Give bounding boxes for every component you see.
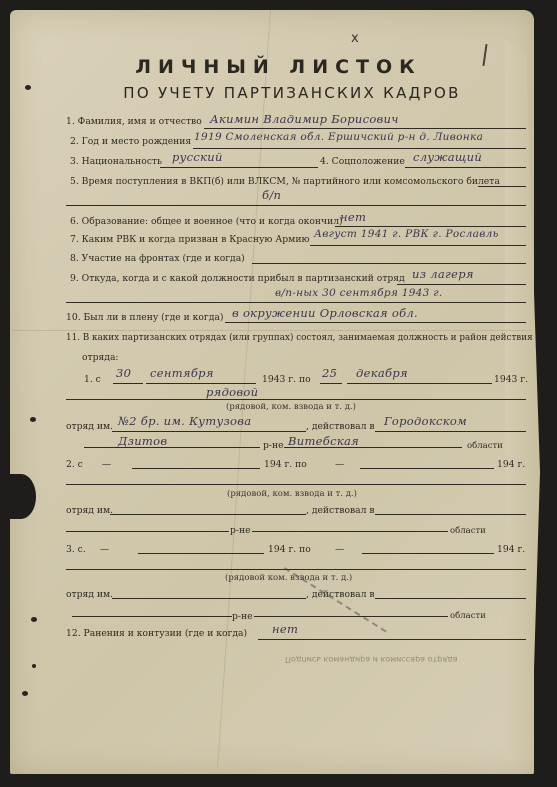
punch-hole: [22, 691, 28, 696]
entry-1-to-day[interactable]: 25: [322, 366, 337, 380]
entry-1-district[interactable]: Витебская: [288, 434, 359, 448]
entry-1-acted-line: [375, 431, 526, 432]
entry-1-from-day[interactable]: 30: [116, 366, 131, 380]
field-7-label: 7. Каким РВК и когда призван в Красную А…: [70, 234, 309, 245]
field-5-line-b: [66, 205, 526, 206]
entry-3-to-day: —: [335, 544, 344, 555]
entry-3-acted-line: [375, 598, 526, 599]
field-1-label: 1. Фамилия, имя и отчество: [66, 116, 202, 127]
entry-3-oblast-label: области: [450, 611, 486, 621]
entry-3-to-line: [362, 553, 494, 554]
entry-1-to-day-line: [320, 383, 342, 384]
field-6-label: 6. Образование: общее и военное (что и к…: [70, 216, 343, 227]
entry-1-acted-in[interactable]: Городокском: [384, 414, 467, 428]
entry-2-position-line: [66, 484, 526, 485]
entry-2-from-year: 194 г. по: [264, 459, 307, 470]
entry-3-to-year: 194 г.: [497, 544, 525, 555]
field-8-label: 8. Участие на фронтах (где и когда): [70, 253, 245, 264]
field-10-line: [225, 322, 526, 323]
entry-3-rayon-label: р-не: [232, 611, 253, 622]
entry-3-from-year: 194 г. по: [268, 544, 311, 555]
document-title: ЛИЧНЫЙ ЛИСТОК: [0, 56, 557, 78]
entry-3-from-line: [138, 553, 264, 554]
entry-2-from-day: —: [102, 459, 111, 470]
punch-hole: [31, 617, 37, 622]
entry-2-rayon-line: [66, 531, 229, 532]
entry-1-to-month-line: [347, 383, 492, 384]
entry-1-oblast-label: области: [467, 441, 503, 451]
entry-2-oblast-label: области: [450, 526, 486, 536]
entry-1-from-year: 1943 г. по: [262, 374, 311, 385]
field-10-value[interactable]: в окружении Орловская обл.: [232, 306, 418, 320]
field-12-label: 12. Ранения и контузии (где и когда): [66, 628, 247, 639]
field-5-label: 5. Время поступления в ВКП(б) или ВЛКСМ,…: [70, 176, 500, 187]
entry-1-detachment-label: отряд им.: [66, 421, 113, 432]
field-7-line: [310, 245, 526, 246]
field-3-line: [160, 167, 318, 168]
entry-1-position-line: [66, 399, 526, 400]
entry-3-from-day: —: [100, 544, 109, 555]
field-3-value[interactable]: русский: [172, 150, 223, 164]
field-9-value-1[interactable]: из лагеря: [412, 267, 474, 281]
entry-3-position-line: [66, 569, 526, 570]
entry-1-from-month[interactable]: сентября: [150, 366, 214, 380]
field-5-value[interactable]: б/п: [262, 188, 281, 202]
field-2-line: [193, 148, 526, 149]
field-10-label: 10. Был ли в плену (где и когда): [66, 312, 223, 323]
field-11-label-cont: отряда:: [82, 352, 119, 363]
entry-2-detachment-label: отряд им.: [66, 505, 113, 516]
entry-2-position-caption: (рядовой, ком. взвода и т. д.): [227, 489, 357, 499]
field-2-value[interactable]: 1919 Смоленская обл. Ершичский р-н д. Ли…: [194, 131, 483, 143]
entry-3-rayon-line: [72, 616, 232, 617]
field-1-value[interactable]: Акимин Владимир Борисович: [210, 112, 399, 126]
entry-1-from-month-line: [146, 383, 256, 384]
entry-1-num: 1. с: [84, 374, 101, 385]
fold-crease-horizontal: [12, 330, 532, 331]
punch-hole: [30, 417, 36, 422]
entry-2-acted-label: , действовал в: [306, 505, 375, 516]
entry-1-position-caption: (рядовой, ком. взвода и т. д.): [226, 402, 356, 412]
entry-2-acted-line: [375, 514, 526, 515]
field-4-value[interactable]: служащий: [413, 150, 482, 164]
entry-1-from-day-line: [113, 383, 143, 384]
entry-1-to-month[interactable]: декабря: [356, 366, 408, 380]
field-4-line: [405, 167, 526, 168]
field-8-line: [252, 263, 526, 264]
entry-2-num: 2. с: [66, 459, 83, 470]
punch-hole: [32, 664, 36, 668]
entry-2-rayon-label: р-не: [230, 525, 251, 536]
entry-1-to-year: 1943 г.: [494, 374, 528, 385]
entry-1-rayon[interactable]: Дзитов: [118, 434, 167, 448]
paper-tear: [6, 474, 36, 519]
field-9-label: 9. Откуда, когда и с какой должности при…: [70, 273, 405, 284]
field-12-line: [258, 639, 526, 640]
entry-1-detachment[interactable]: №2 бр. им. Кутузова: [118, 414, 251, 428]
entry-1-position[interactable]: рядовой: [206, 385, 258, 399]
document-subtitle: ПО УЧЕТУ ПАРТИЗАНСКИХ КАДРОВ: [0, 84, 557, 102]
entry-2-to-line: [360, 468, 494, 469]
field-9-line-a: [397, 284, 526, 285]
entry-2-detachment-line: [110, 514, 306, 515]
field-6-line: [335, 226, 526, 227]
field-7-value[interactable]: Август 1941 г. РВК г. Рославль: [314, 228, 499, 240]
entry-2-oblast-line: [252, 531, 448, 532]
field-1-line: [204, 128, 526, 129]
entry-1-rayon-line: [84, 447, 260, 448]
field-9-value-2[interactable]: в/п-ных 30 сентября 1943 г.: [275, 287, 443, 299]
entry-3-detachment-label: отряд им.: [66, 589, 113, 600]
entry-2-from-line: [132, 468, 260, 469]
field-6-value[interactable]: нет: [340, 210, 366, 224]
corner-mark: х: [351, 31, 359, 46]
entry-1-rayon-label: р-не: [263, 440, 284, 451]
entry-1-detachment-line: [112, 431, 306, 432]
entry-2-to-year: 194 г.: [497, 459, 525, 470]
field-4-label: 4. Соцположение: [320, 156, 405, 167]
field-9-line-b: [66, 302, 526, 303]
field-11-label: 11. В каких партизанских отрядах (или гр…: [66, 333, 533, 343]
field-5-line-a: [478, 186, 526, 187]
entry-3-num: 3. с.: [66, 544, 86, 555]
field-2-label: 2. Год и место рождения: [70, 136, 191, 147]
bleed-through-text: Подпись командира и комиссара отряда: [285, 655, 457, 664]
entry-1-acted-label: , действовал в: [306, 421, 375, 432]
field-3-label: 3. Национальность: [70, 156, 162, 167]
entry-2-to-day: —: [335, 459, 344, 470]
